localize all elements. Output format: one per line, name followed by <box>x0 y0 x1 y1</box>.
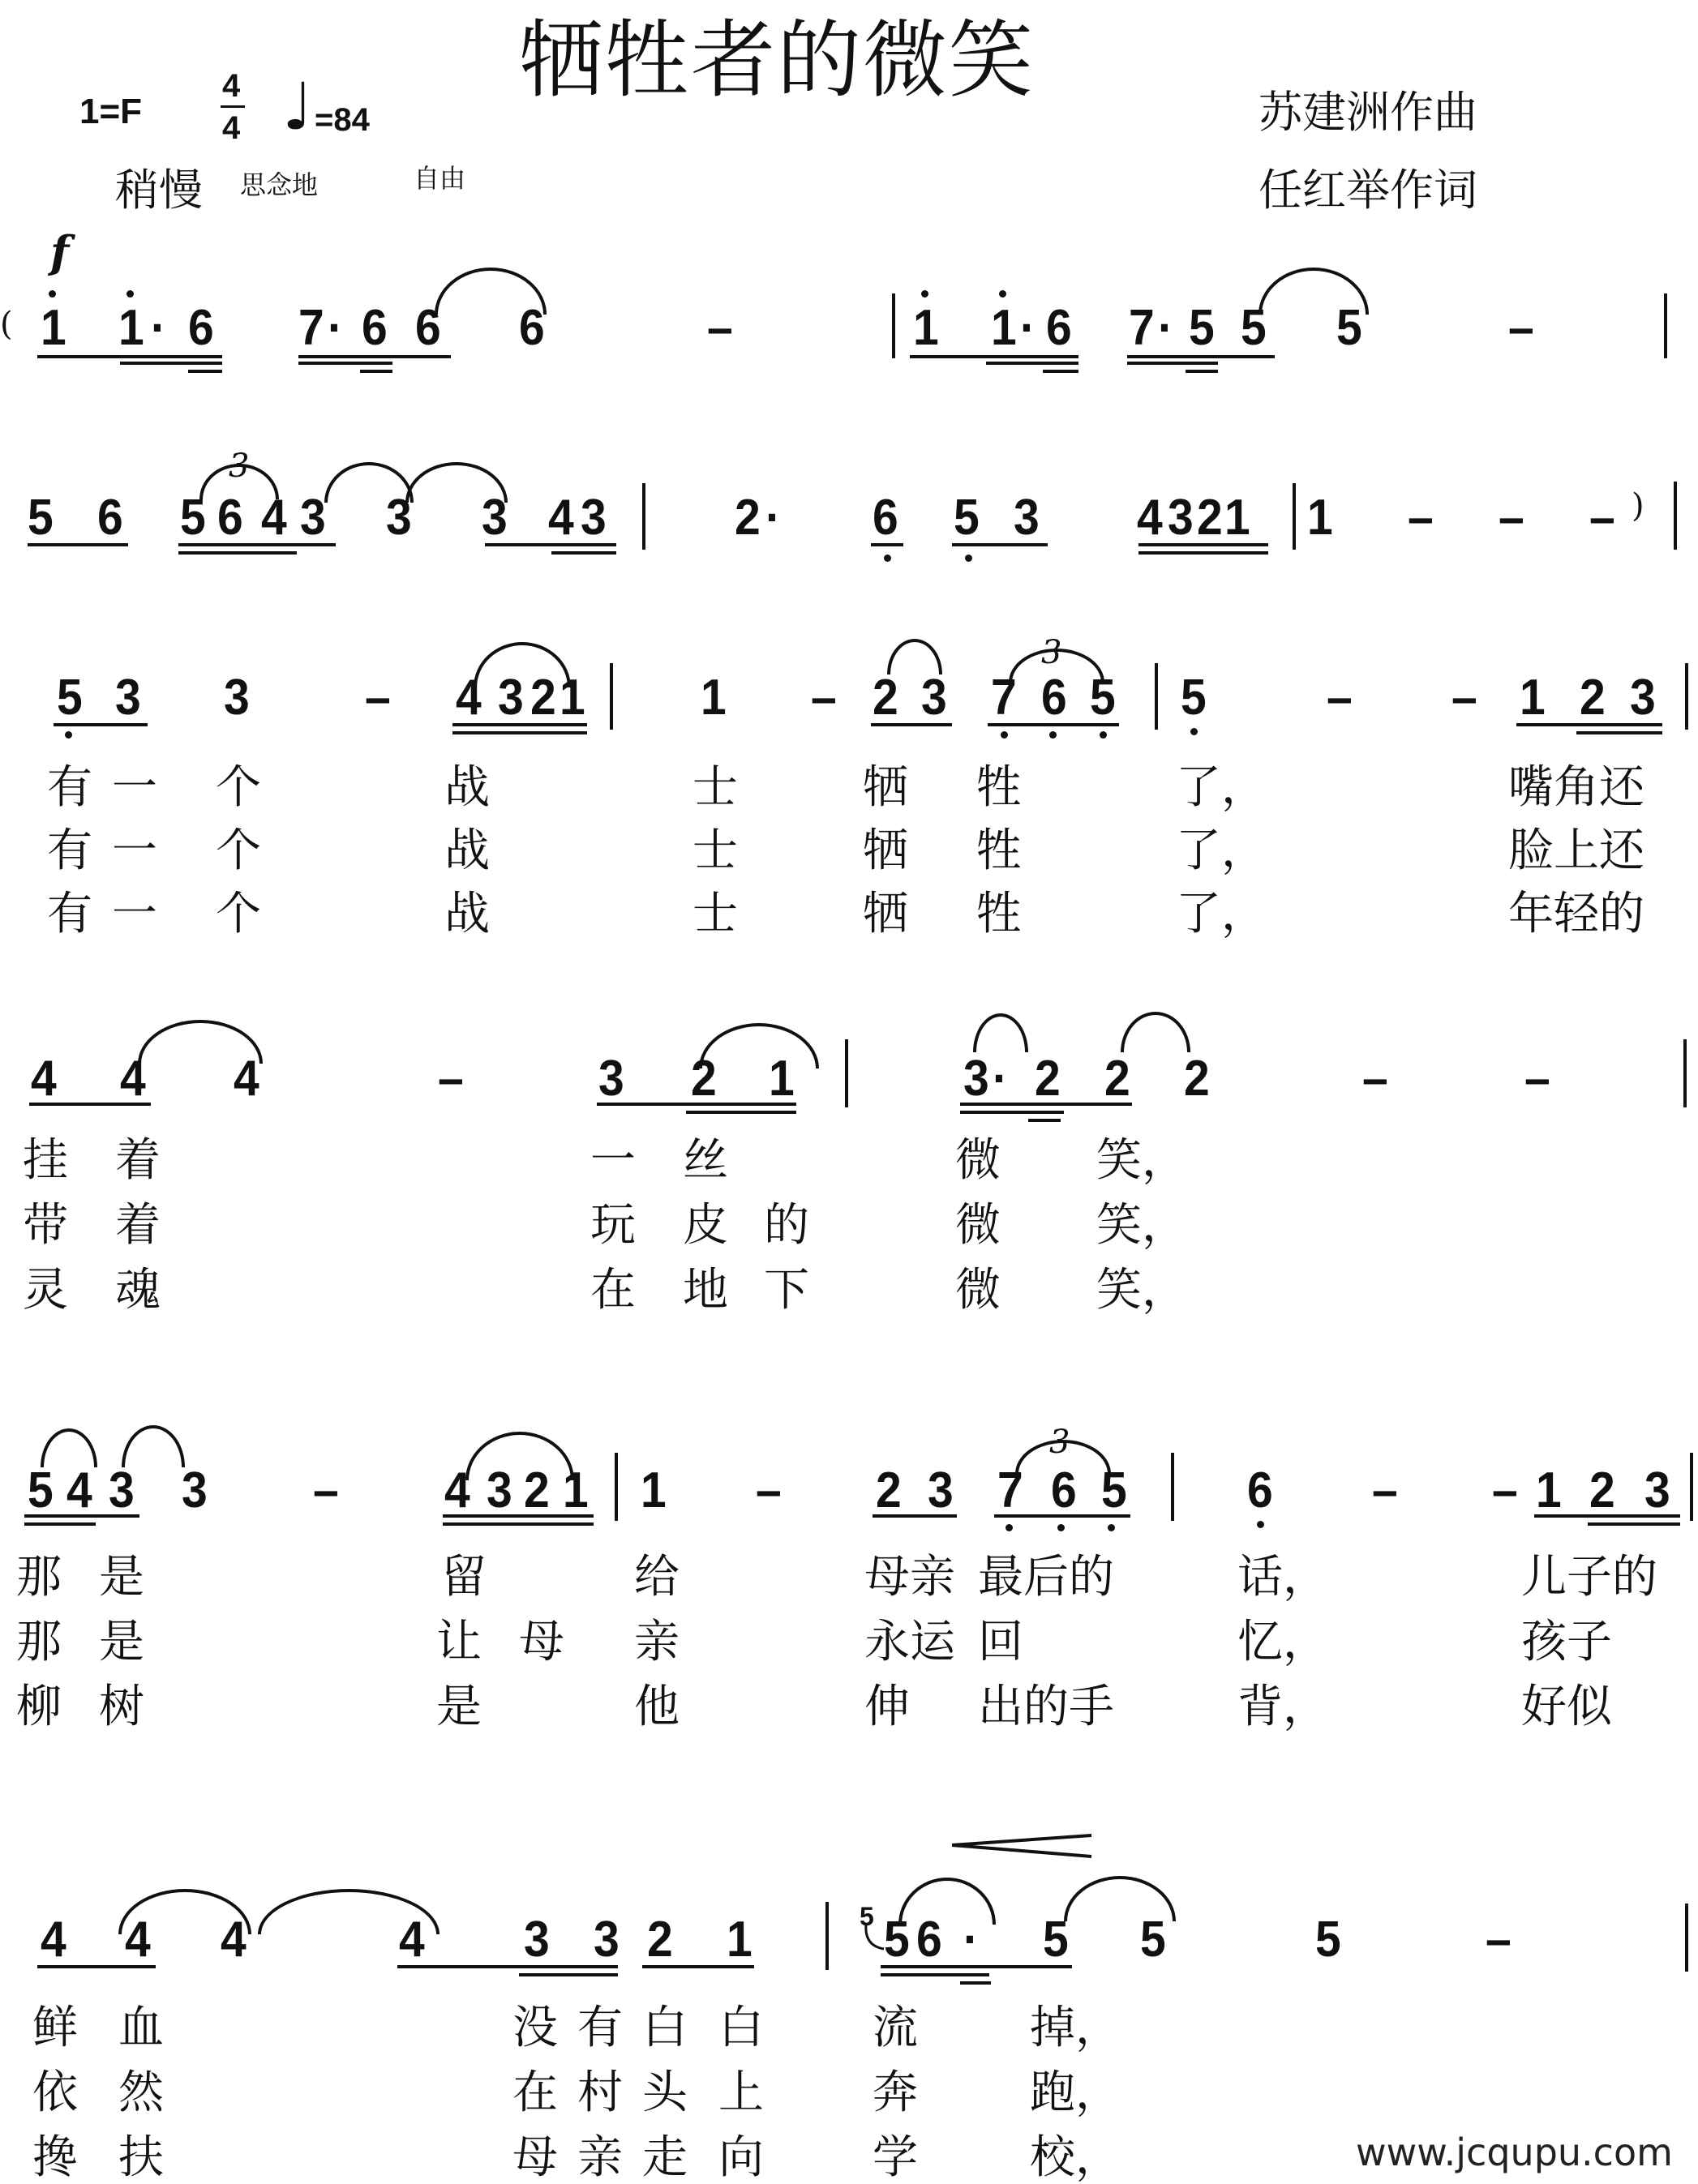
lyric: 士 <box>692 892 738 937</box>
time-signature-top: 4 <box>222 70 240 102</box>
bar-line <box>1171 1453 1174 1521</box>
note: 3 <box>921 673 947 723</box>
bar-line <box>845 1039 848 1107</box>
lyric: 在 <box>590 1268 636 1313</box>
beam <box>871 543 903 546</box>
beam <box>485 543 616 546</box>
lyric: 牺 <box>863 892 908 937</box>
beam <box>960 1981 991 1985</box>
lyric: 笑， <box>1096 1268 1187 1313</box>
lyric: 亲 <box>634 1620 680 1665</box>
lyric: 嘴角还 <box>1508 765 1644 811</box>
bar-line <box>1293 483 1296 550</box>
beam <box>1138 543 1268 546</box>
lyric: 在 <box>512 2071 558 2116</box>
lyric: 是 <box>99 1620 144 1665</box>
lyric: 孩子 <box>1521 1620 1612 1665</box>
dash: – <box>313 1466 339 1516</box>
dash: – <box>811 673 837 723</box>
note: 5 <box>1181 673 1207 723</box>
lyric: 有 <box>47 829 92 874</box>
lyric: 牲 <box>976 829 1022 874</box>
note: 6 <box>362 303 388 353</box>
beam <box>188 370 222 373</box>
low-octave-dot <box>1190 728 1198 735</box>
note: 2 <box>1035 1054 1061 1104</box>
dash: – <box>1589 493 1615 543</box>
lyric: 出的手 <box>978 1685 1114 1730</box>
lyric: 柳 <box>16 1685 62 1730</box>
beam <box>24 1522 96 1526</box>
note: 1 <box>1224 493 1250 543</box>
note: 4 <box>548 493 574 543</box>
lyric: 白 <box>718 2006 764 2051</box>
note: 1 <box>118 303 144 353</box>
lyric: 给 <box>634 1555 680 1600</box>
lyric: 笑， <box>1096 1203 1187 1248</box>
lyric: 那 <box>16 1620 62 1665</box>
dash: – <box>1408 493 1434 543</box>
note: 1 <box>41 303 66 353</box>
beam <box>881 1965 1072 1968</box>
dash: – <box>1492 1466 1518 1516</box>
note: 5 <box>1189 303 1215 353</box>
note: 3 <box>598 1054 624 1104</box>
beam <box>1534 1514 1680 1518</box>
lyric: 了， <box>1176 892 1267 937</box>
dash: – <box>1362 1054 1388 1104</box>
lyric: 校， <box>1030 2135 1121 2181</box>
note: 2 <box>530 673 556 723</box>
note: 5 <box>1101 1466 1127 1516</box>
low-octave-dot <box>1001 731 1008 739</box>
bar-line <box>642 483 645 550</box>
lyric: 皮 <box>683 1203 728 1248</box>
note: 5 <box>1043 1915 1069 1965</box>
note: 4 <box>261 493 287 543</box>
note: 2 <box>1197 493 1223 543</box>
lyric: 个 <box>216 892 261 937</box>
note: 6 <box>519 303 545 353</box>
lyric: 走 <box>642 2135 688 2181</box>
note: 7 <box>991 673 1017 723</box>
quarter-note-icon: ♩ <box>282 75 313 139</box>
lyric: 年轻的 <box>1508 892 1644 937</box>
lyric: 个 <box>216 765 261 811</box>
note: 3 <box>594 1915 620 1965</box>
beam <box>29 1103 151 1106</box>
lyric: 牺 <box>863 829 908 874</box>
lyric: 掉， <box>1030 2006 1121 2051</box>
lyric: 头 <box>642 2071 688 2116</box>
lyric: 战 <box>444 765 490 811</box>
beam <box>994 1514 1130 1518</box>
note: 2 <box>1580 673 1606 723</box>
lyric: 最后的 <box>978 1555 1114 1600</box>
lyric: 笑， <box>1096 1138 1187 1184</box>
lyric: 了， <box>1176 765 1267 811</box>
note: 4 <box>41 1915 66 1965</box>
note: 4 <box>456 673 482 723</box>
dash: – <box>756 1466 782 1516</box>
beam <box>988 723 1119 726</box>
note: 3 <box>1014 493 1040 543</box>
lyric: 他 <box>634 1685 680 1730</box>
bar-line <box>825 1902 829 1970</box>
lyric: 微 <box>955 1203 1001 1248</box>
note: 1 <box>727 1915 753 1965</box>
lyric: 忆， <box>1237 1620 1328 1665</box>
note: 6 <box>97 493 123 543</box>
beam <box>443 1514 594 1518</box>
beam <box>952 543 1048 546</box>
low-octave-dot <box>1100 731 1107 739</box>
lyric: 永运 <box>864 1620 955 1665</box>
note: 6 <box>217 493 243 543</box>
key-signature: 1=F <box>79 94 142 130</box>
note: 4 <box>66 1466 92 1516</box>
lyric: 一 <box>590 1138 636 1184</box>
note: 1 <box>913 303 939 353</box>
lyric: 战 <box>444 892 490 937</box>
dot: 6 <box>916 1915 942 1965</box>
lyric: 着 <box>115 1203 161 1248</box>
beam <box>397 1965 618 1968</box>
beam <box>1127 355 1275 358</box>
lyric: 士 <box>692 765 738 811</box>
note: 3 <box>963 1054 989 1104</box>
lyric: 母 <box>519 1620 564 1665</box>
beam <box>178 543 336 546</box>
beam <box>28 543 128 546</box>
dash: – <box>1524 1054 1550 1104</box>
lyric: 没 <box>512 2006 558 2051</box>
sheet-music-page: 牺牲者的微笑 1=F 4 4 ♩ =84 稍慢 思念地 自由 苏建洲作曲 任红举… <box>0 0 1698 2184</box>
note: 2 <box>1589 1466 1615 1516</box>
bar-line <box>1683 1039 1687 1107</box>
watermark-url: www.jcqupu.com <box>1356 2134 1673 2171</box>
note: 2 <box>735 493 761 543</box>
time-signature-bottom: 4 <box>222 112 240 144</box>
high-octave-dot <box>126 290 134 298</box>
note: 1 <box>1536 1466 1562 1516</box>
note: 6 <box>1247 1466 1273 1516</box>
lyric: 微 <box>955 1138 1001 1184</box>
beam <box>597 1103 796 1106</box>
note: 6 <box>1051 1466 1077 1516</box>
note: 3 <box>300 493 326 543</box>
lyric: 士 <box>692 829 738 874</box>
note: 2 <box>1104 1054 1130 1104</box>
expression-slightly-slow: 稍慢 <box>115 169 203 212</box>
beam <box>519 1973 618 1976</box>
low-octave-dot <box>1108 1524 1115 1531</box>
dot: · <box>151 303 166 353</box>
song-title: 牺牲者的微笑 <box>519 18 1035 102</box>
tie <box>1121 1012 1190 1052</box>
beam <box>960 1111 1064 1114</box>
beam <box>1127 362 1218 365</box>
open-parenthesis: ( <box>0 308 13 340</box>
lyric: 了， <box>1176 829 1267 874</box>
low-octave-dot <box>1006 1524 1013 1531</box>
beam <box>881 1973 989 1976</box>
beam <box>1588 1522 1680 1526</box>
beam <box>871 723 952 726</box>
expression-longingly: 思念地 <box>240 172 318 198</box>
note: 3 <box>115 673 141 723</box>
note: 5 <box>954 493 980 543</box>
note: 6 <box>188 303 214 353</box>
note: 1 <box>1520 673 1546 723</box>
lyric: 那 <box>16 1555 62 1600</box>
lyric: 伸 <box>864 1685 910 1730</box>
note: 6 <box>1046 303 1072 353</box>
beam <box>686 1111 796 1114</box>
lyric: 搀 <box>32 2135 78 2181</box>
note: 3 <box>182 1466 208 1516</box>
lyric: 是 <box>436 1685 482 1730</box>
slur <box>41 1428 97 1467</box>
lyric: 地 <box>683 1268 728 1313</box>
dot: · <box>1020 303 1036 353</box>
lyric: 依 <box>32 2071 78 2116</box>
note: 3 <box>1644 1466 1670 1516</box>
note: 6 <box>1041 673 1067 723</box>
slur <box>699 1023 819 1068</box>
lyric: 跑， <box>1030 2071 1121 2116</box>
note: 7 <box>1129 303 1155 353</box>
note: 3 <box>524 1915 550 1965</box>
low-octave-dot <box>1049 731 1057 739</box>
bar-line <box>615 1453 618 1521</box>
beam <box>1043 370 1078 373</box>
lyric: 背， <box>1237 1685 1328 1730</box>
dash: – <box>1508 303 1534 353</box>
note: 5 <box>884 1915 910 1965</box>
close-parenthesis: ) <box>1632 490 1644 522</box>
note: 3 <box>928 1466 954 1516</box>
beam <box>443 1522 594 1526</box>
note: 3 <box>224 673 250 723</box>
lyric: 有 <box>47 892 92 937</box>
note: 2 <box>873 673 898 723</box>
lyric: 下 <box>764 1268 809 1313</box>
note: 4 <box>31 1054 57 1104</box>
slur <box>122 1425 185 1467</box>
note: 4 <box>399 1915 425 1965</box>
note: 1 <box>563 1466 589 1516</box>
dot: · <box>765 493 781 543</box>
lyricist-credit: 任红举作词 <box>1258 169 1477 212</box>
dash: – <box>1327 673 1353 723</box>
note: 3 <box>487 1466 512 1516</box>
time-signature-divider <box>221 105 245 108</box>
dash: 5 <box>1315 1915 1341 1965</box>
lyric: 一 <box>112 765 157 811</box>
low-octave-dot <box>965 555 972 562</box>
beam <box>37 1965 156 1968</box>
low-octave-dot <box>65 731 72 739</box>
lyric: 牲 <box>976 892 1022 937</box>
lyric: 鲜 <box>32 2006 78 2051</box>
beam <box>551 551 616 555</box>
lyric: 儿子的 <box>1521 1555 1657 1600</box>
bar-line <box>1685 1904 1688 1972</box>
beam <box>178 551 297 555</box>
lyric: 玩 <box>590 1203 636 1248</box>
beam <box>37 355 222 358</box>
note: 7 <box>997 1466 1023 1516</box>
note: 5 <box>57 673 83 723</box>
beam <box>360 370 392 373</box>
note: 3 <box>482 493 508 543</box>
dynamic-forte: f <box>50 230 69 274</box>
note: 1 <box>991 303 1017 353</box>
dash: – <box>1451 673 1477 723</box>
lyric: 白 <box>642 2006 688 2051</box>
lyric: 一 <box>112 892 157 937</box>
beam <box>298 355 451 358</box>
bar-line <box>1155 663 1158 730</box>
tempo-marking: =84 <box>315 104 370 136</box>
note: 7 <box>298 303 324 353</box>
note: 2 <box>647 1915 673 1965</box>
lyric: 灵 <box>23 1268 68 1313</box>
bar-line <box>1674 482 1677 550</box>
beam <box>452 731 587 734</box>
beam <box>642 1965 754 1968</box>
note: 2 <box>876 1466 902 1516</box>
lyric: 挂 <box>23 1138 68 1184</box>
lyric: 是 <box>99 1555 144 1600</box>
lyric: 个 <box>216 829 261 874</box>
note: 5 <box>180 493 206 543</box>
beam <box>1516 723 1662 726</box>
beam <box>120 362 222 365</box>
note: 3 <box>1168 493 1194 543</box>
note: 5 <box>1140 1915 1166 1965</box>
lyric: 着 <box>115 1138 161 1184</box>
high-octave-dot <box>49 290 56 298</box>
lyric: 血 <box>118 2006 164 2051</box>
beam <box>960 1103 1132 1106</box>
beam <box>1138 551 1268 555</box>
lyric: 微 <box>955 1268 1001 1313</box>
lyric: 一 <box>112 829 157 874</box>
note: 3 <box>581 493 607 543</box>
note: · <box>963 1915 979 1965</box>
lyric: 扶 <box>118 2135 164 2181</box>
dash: – <box>1486 1915 1511 1965</box>
lyric: 回 <box>978 1620 1023 1665</box>
note: 1 <box>1307 493 1333 543</box>
bar-line <box>892 293 895 358</box>
lyric: 树 <box>99 1685 144 1730</box>
lyric: 脸上还 <box>1508 829 1644 874</box>
lyric: 学 <box>873 2135 918 2181</box>
beam <box>24 1514 139 1518</box>
bar-line <box>1690 1453 1693 1521</box>
high-octave-dot <box>999 290 1006 298</box>
lyric: 话， <box>1237 1555 1328 1600</box>
lyric: 带 <box>23 1203 68 1248</box>
lyric: 然 <box>118 2071 164 2116</box>
lyric: 有 <box>577 2006 623 2051</box>
slur <box>973 1013 1028 1052</box>
bar-line <box>1685 663 1688 730</box>
lyric: 留 <box>441 1555 487 1600</box>
low-octave-dot <box>1057 1524 1065 1531</box>
beam <box>986 362 1078 365</box>
note: 2 <box>1184 1054 1210 1104</box>
low-octave-dot <box>884 555 891 562</box>
beam <box>452 723 587 726</box>
beam <box>54 723 148 726</box>
lyric: 上 <box>718 2071 764 2116</box>
note: 3 <box>109 1466 135 1516</box>
slur <box>465 1432 574 1480</box>
lyric: 让 <box>436 1620 482 1665</box>
lyric: 牺 <box>863 765 908 811</box>
dash: – <box>1499 493 1524 543</box>
bar-line <box>1664 293 1667 358</box>
beam <box>1186 370 1218 373</box>
note: 5 <box>28 493 54 543</box>
lyric: 丝 <box>683 1138 728 1184</box>
note: 5 <box>1336 303 1362 353</box>
lyric: 好似 <box>1521 1685 1612 1730</box>
composer-credit: 苏建洲作曲 <box>1258 91 1477 135</box>
note: 1 <box>641 1466 667 1516</box>
dash: – <box>365 673 391 723</box>
lyric: 母亲 <box>864 1555 955 1600</box>
lyric: 魂 <box>115 1268 161 1313</box>
high-octave-dot <box>921 290 928 298</box>
lyric: 战 <box>444 829 490 874</box>
note: 5 <box>28 1466 54 1516</box>
lyric: 向 <box>718 2135 764 2181</box>
dot: · <box>1158 303 1173 353</box>
note: 4 <box>221 1915 247 1965</box>
dash: – <box>707 303 733 353</box>
lyric: 奔 <box>873 2071 918 2116</box>
lyric: 的 <box>764 1203 809 1248</box>
lyric: 亲 <box>577 2135 623 2181</box>
slur <box>898 1878 996 1925</box>
note: 3 <box>1630 673 1656 723</box>
dash: – <box>1372 1466 1398 1516</box>
beam <box>910 355 1078 358</box>
note: 4 <box>234 1054 259 1104</box>
note: 4 <box>1137 493 1163 543</box>
lyric: 村 <box>577 2071 623 2116</box>
note: 5 <box>1090 673 1116 723</box>
lyric: 流 <box>873 2006 918 2051</box>
low-octave-dot <box>1257 1521 1264 1528</box>
beam <box>873 1514 957 1518</box>
dot: · <box>993 1054 1008 1104</box>
note: 4 <box>444 1466 470 1516</box>
dot: · <box>328 303 343 353</box>
beam <box>298 362 392 365</box>
beam <box>1028 1119 1061 1122</box>
decrescendo-hairpin-icon <box>950 1832 1093 1865</box>
lyric: 有 <box>47 765 92 811</box>
note: 2 <box>524 1466 550 1516</box>
expression-freely: 自由 <box>414 165 465 191</box>
note: 1 <box>701 673 727 723</box>
